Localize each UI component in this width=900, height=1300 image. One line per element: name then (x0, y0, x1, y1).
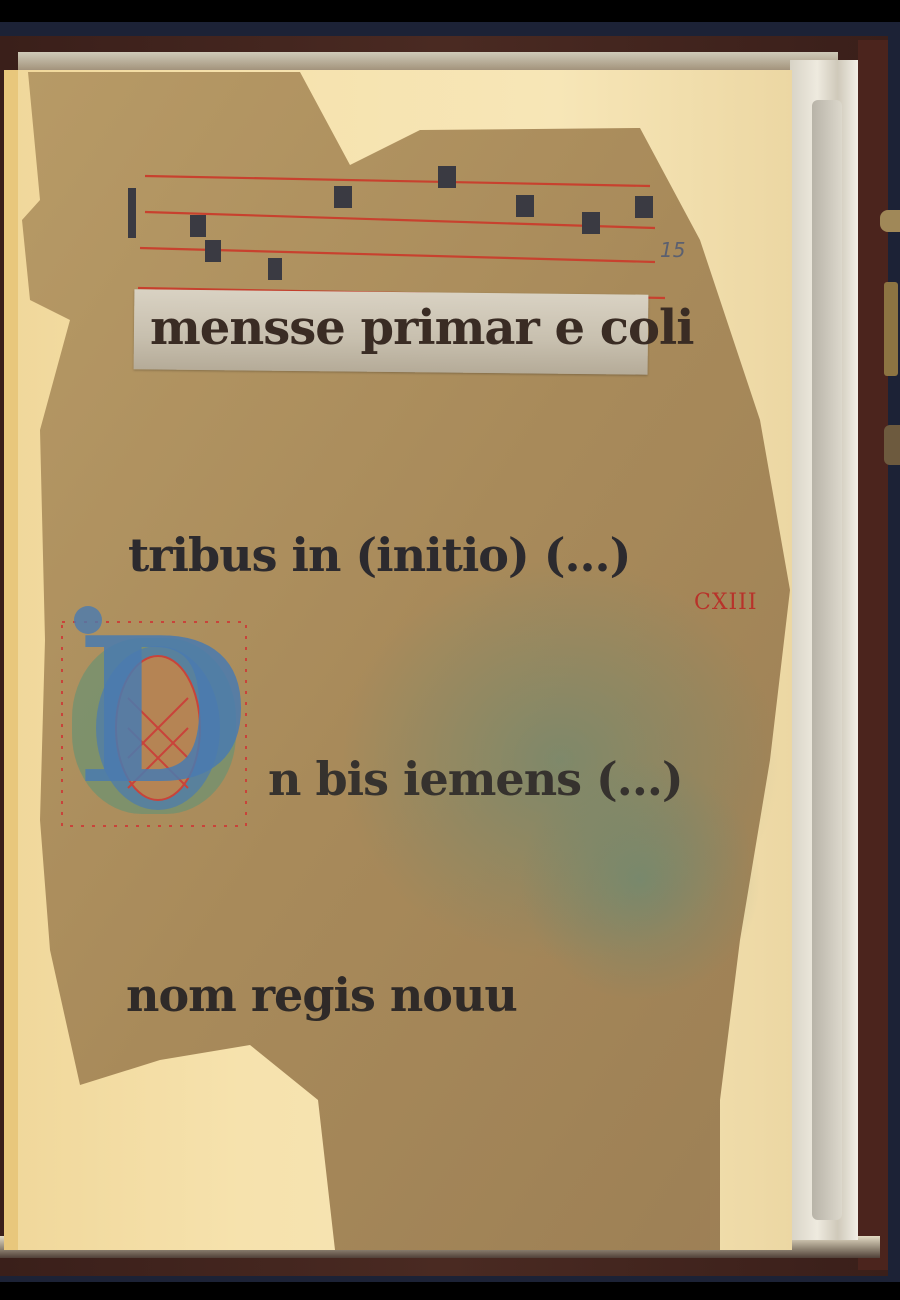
roman-folio-number: CXIII (694, 590, 758, 615)
lyric-line-4: nom regis nouu (126, 968, 517, 1022)
lyric-line-1: mensse primar e coli (150, 300, 693, 356)
lyric-line-2: tribus in (initio) (...) (128, 528, 630, 582)
lyric-line-3: n bis iemens (...) (268, 752, 683, 806)
folio-number: 15 (660, 238, 685, 262)
initial-letter: D (76, 612, 249, 812)
